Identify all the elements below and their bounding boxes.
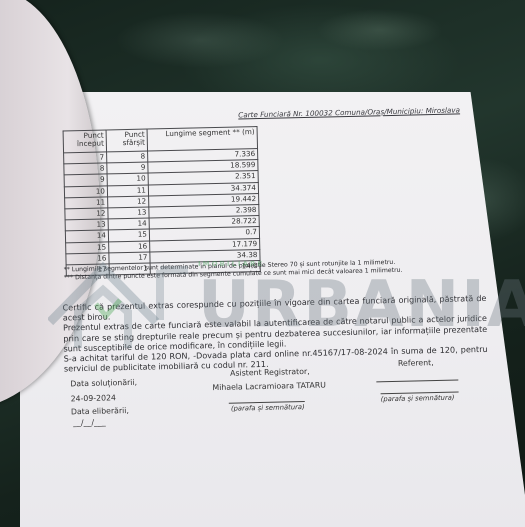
resolution-date-value: 24-09-2024 [71, 393, 117, 403]
end-point-cell: 11 [107, 185, 148, 197]
start-point-cell: 11 [65, 197, 108, 209]
release-date-value: __/__/___ [73, 418, 106, 428]
end-point-cell: 17 [109, 252, 150, 264]
start-point-cell: 16 [66, 253, 109, 265]
end-point-cell: 13 [108, 207, 149, 219]
assistant-stamp-label: (parafa și semnătura) [231, 403, 305, 413]
end-point-cell: 8 [107, 151, 148, 163]
release-date-label: Data eliberării, [71, 406, 129, 416]
end-point-cell: 12 [108, 196, 149, 208]
end-point-cell: 15 [108, 229, 149, 241]
assistant-registrar-title: Asistent Registrator, [230, 367, 310, 378]
end-point-cell: 14 [108, 218, 149, 230]
start-point-cell: 7 [64, 152, 107, 164]
start-point-cell: 12 [65, 208, 108, 220]
document-header: Carte Funciară Nr. 100032 Comuna/Oraș/Mu… [238, 105, 460, 119]
col-segment-length: Lungime segment ** (m) [147, 127, 257, 151]
end-point-cell: 10 [107, 173, 148, 185]
start-point-cell: 14 [65, 230, 108, 242]
land-registry-extract: Carte Funciară Nr. 100032 Comuna/Oraș/Mu… [0, 0, 525, 527]
end-point-cell: 9 [107, 162, 148, 174]
start-point-cell: 9 [64, 174, 107, 186]
col-start-point: Punct început [63, 130, 106, 153]
referent-signature-line [376, 380, 458, 383]
start-point-cell: 13 [65, 219, 108, 231]
segments-table: Punct început Punct sfârșit Lungime segm… [63, 126, 261, 276]
start-point-cell: 10 [64, 186, 107, 198]
start-point-cell: 15 [66, 241, 109, 253]
resolution-date-label: Data soluționării, [70, 378, 137, 389]
referent-title: Referent, [398, 358, 434, 368]
segments-table-body: 787.3368918.5999102.351101134.374111219.… [64, 149, 261, 276]
assistant-registrar-name: Mihaela Lacramioara TATARU [212, 381, 326, 393]
start-point-cell: 8 [64, 163, 107, 175]
end-point-cell: 16 [109, 240, 150, 252]
col-end-point: Punct sfârșit [106, 129, 147, 152]
referent-stamp-label: (parafa și semnătura) [381, 394, 455, 404]
